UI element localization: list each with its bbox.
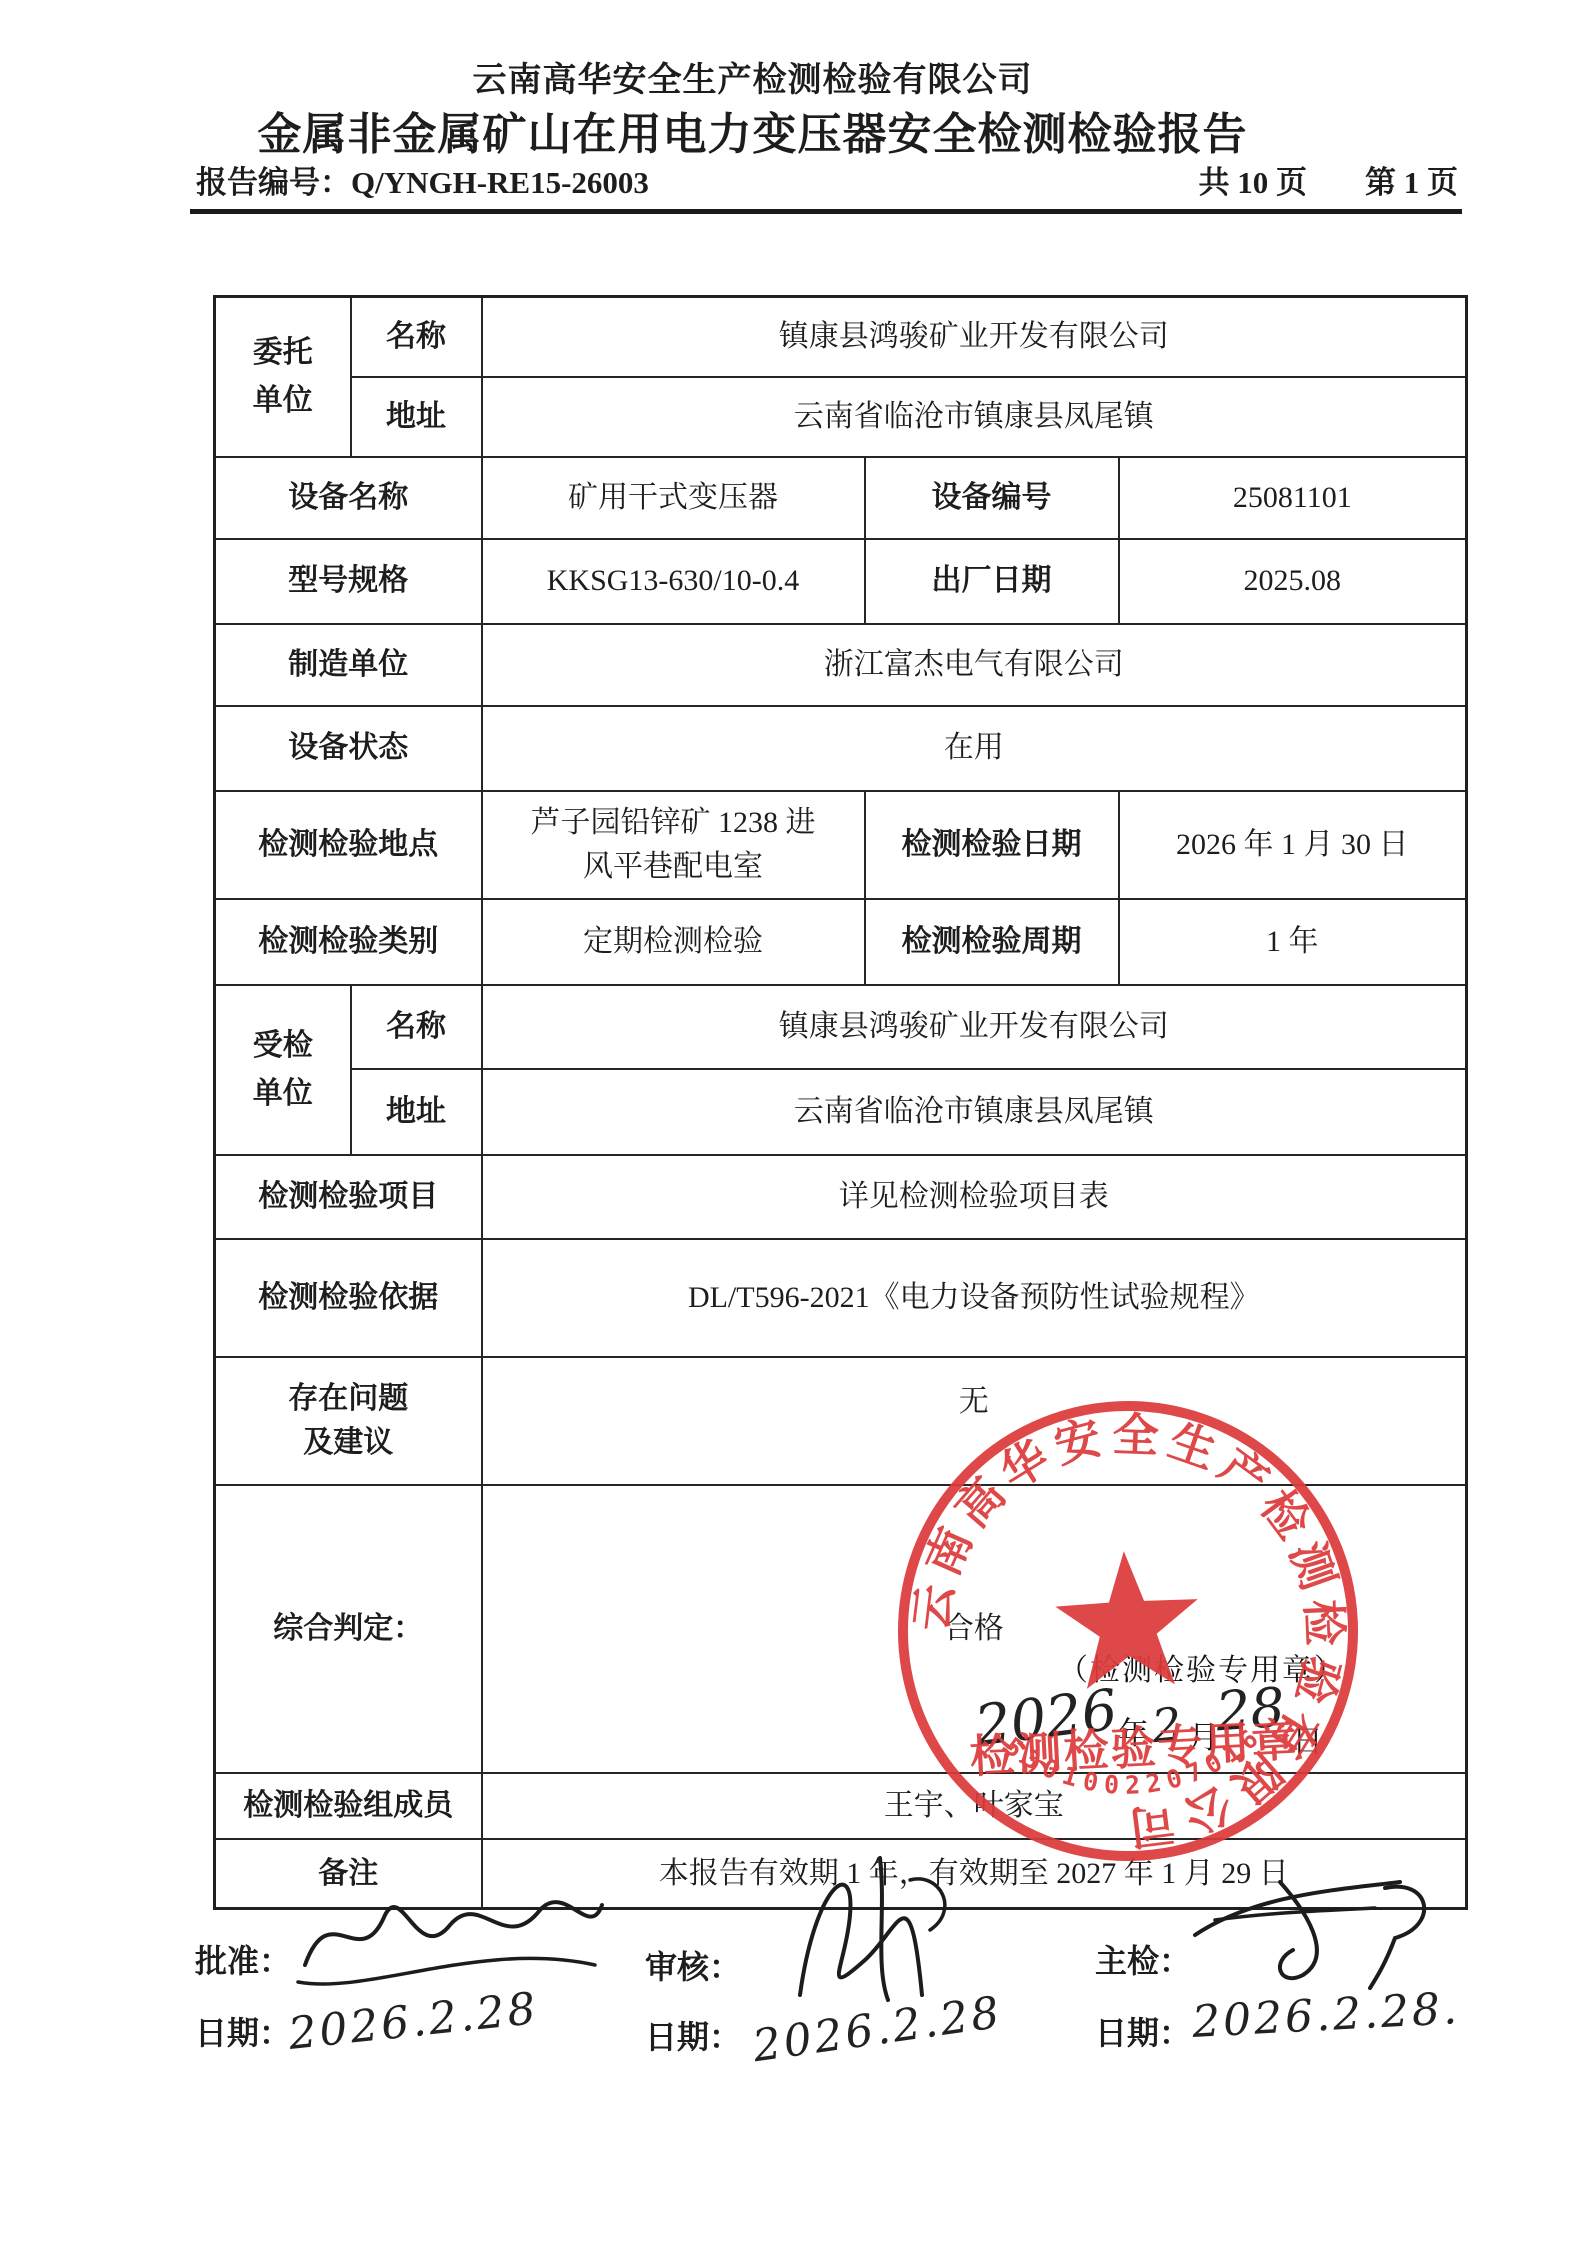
inspect-items-label: 检测检验项目 xyxy=(215,1155,482,1239)
problems-value: 无 xyxy=(482,1357,1467,1485)
inspect-date-value: 2026 年 1 月 30 日 xyxy=(1119,791,1467,899)
inspect-basis-value: DL/T596-2021《电力设备预防性试验规程》 xyxy=(482,1239,1467,1357)
inspect-site-label: 检测检验地点 xyxy=(215,791,482,899)
device-no-value: 25081101 xyxy=(1119,457,1467,539)
seal-date-day-unit: 日 xyxy=(1292,1716,1323,1761)
device-status-value: 在用 xyxy=(482,706,1467,791)
inspect-site-value: 芦子园铅锌矿 1238 进 风平巷配电室 xyxy=(482,791,865,899)
inspected-addr-value: 云南省临沧市镇康县凤尾镇 xyxy=(482,1069,1467,1155)
inspect-basis-label: 检测检验依据 xyxy=(215,1239,482,1357)
report-title: 金属非金属矿山在用电力变压器安全检测检验报告 xyxy=(160,98,1345,162)
verdict-label: 综合判定： xyxy=(215,1485,482,1773)
model-label: 型号规格 xyxy=(215,539,482,624)
report-meta-line: 报告编号：Q/YNGH-RE15-26003 共 10 页 第 1 页 xyxy=(196,158,1458,200)
company-title: 云南高华安全生产检测检验有限公司 xyxy=(190,52,1315,101)
inspect-category-label: 检测检验类别 xyxy=(215,899,482,985)
pages-total: 共 10 页 xyxy=(1199,157,1308,202)
seal-date-month-unit: 月 xyxy=(1188,1712,1219,1757)
chief-date-label: 日期： xyxy=(1095,2008,1191,2054)
manufacturer-value: 浙江富杰电气有限公司 xyxy=(482,624,1467,706)
inspect-date-label: 检测检验日期 xyxy=(865,791,1119,899)
remark-value: 本报告有效期 1 年，有效期至 2027 年 1 月 29 日 xyxy=(482,1839,1467,1909)
remark-label: 备注 xyxy=(215,1839,482,1909)
entrust-name-value: 镇康县鸿骏矿业开发有限公司 xyxy=(482,297,1467,377)
inspect-cycle-label: 检测检验周期 xyxy=(865,899,1119,985)
approve-date-label: 日期： xyxy=(195,2008,291,2054)
review-date-value: 2026.2.28 xyxy=(750,1987,1006,2072)
handwritten-seal-day: 28 xyxy=(1214,1676,1287,1744)
entrust-name-label: 名称 xyxy=(351,297,482,377)
chief-label: 主检： xyxy=(1095,1936,1191,1982)
approve-label: 批准： xyxy=(195,1936,291,1982)
entrust-addr-value: 云南省临沧市镇康县凤尾镇 xyxy=(482,377,1467,457)
inspect-items-value: 详见检测检验项目表 xyxy=(482,1155,1467,1239)
header-divider xyxy=(190,209,1462,214)
device-status-label: 设备状态 xyxy=(215,706,482,791)
review-label: 审核： xyxy=(645,1942,741,1988)
device-name-value: 矿用干式变压器 xyxy=(482,457,865,539)
team-value: 王宇、叶家宝 xyxy=(482,1773,1467,1839)
inspect-cycle-value: 1 年 xyxy=(1119,899,1467,985)
entrust-unit-group-label: 委托单位 xyxy=(215,297,351,457)
report-page: 云南高华安全生产检测检验有限公司 金属非金属矿山在用电力变压器安全检测检验报告 … xyxy=(0,0,1587,2244)
factory-date-label: 出厂日期 xyxy=(865,539,1119,624)
inspected-unit-group-label: 受检单位 xyxy=(215,985,351,1155)
page-current: 第 1 页 xyxy=(1365,157,1458,202)
manufacturer-label: 制造单位 xyxy=(215,624,482,706)
inspected-name-value: 镇康县鸿骏矿业开发有限公司 xyxy=(482,985,1467,1069)
device-name-label: 设备名称 xyxy=(215,457,482,539)
seal-date-year-unit: 年 xyxy=(1118,1708,1149,1753)
approve-date-value: 2026.2.28 xyxy=(286,1983,541,2060)
report-number: 报告编号：Q/YNGH-RE15-26003 xyxy=(196,157,649,202)
entrust-addr-label: 地址 xyxy=(351,377,482,457)
handwritten-seal-month: 2 xyxy=(1150,1697,1184,1753)
problems-label: 存在问题 及建议 xyxy=(215,1357,482,1485)
device-no-label: 设备编号 xyxy=(865,457,1119,539)
inspect-category-value: 定期检测检验 xyxy=(482,899,865,985)
review-date-label: 日期： xyxy=(645,2012,741,2058)
team-label: 检测检验组成员 xyxy=(215,1773,482,1839)
model-value: KKSG13-630/10-0.4 xyxy=(482,539,865,624)
factory-date-value: 2025.08 xyxy=(1119,539,1467,624)
inspected-name-label: 名称 xyxy=(351,985,482,1069)
inspected-addr-label: 地址 xyxy=(351,1069,482,1155)
chief-date-value: 2026.2.28. xyxy=(1191,1983,1461,2048)
